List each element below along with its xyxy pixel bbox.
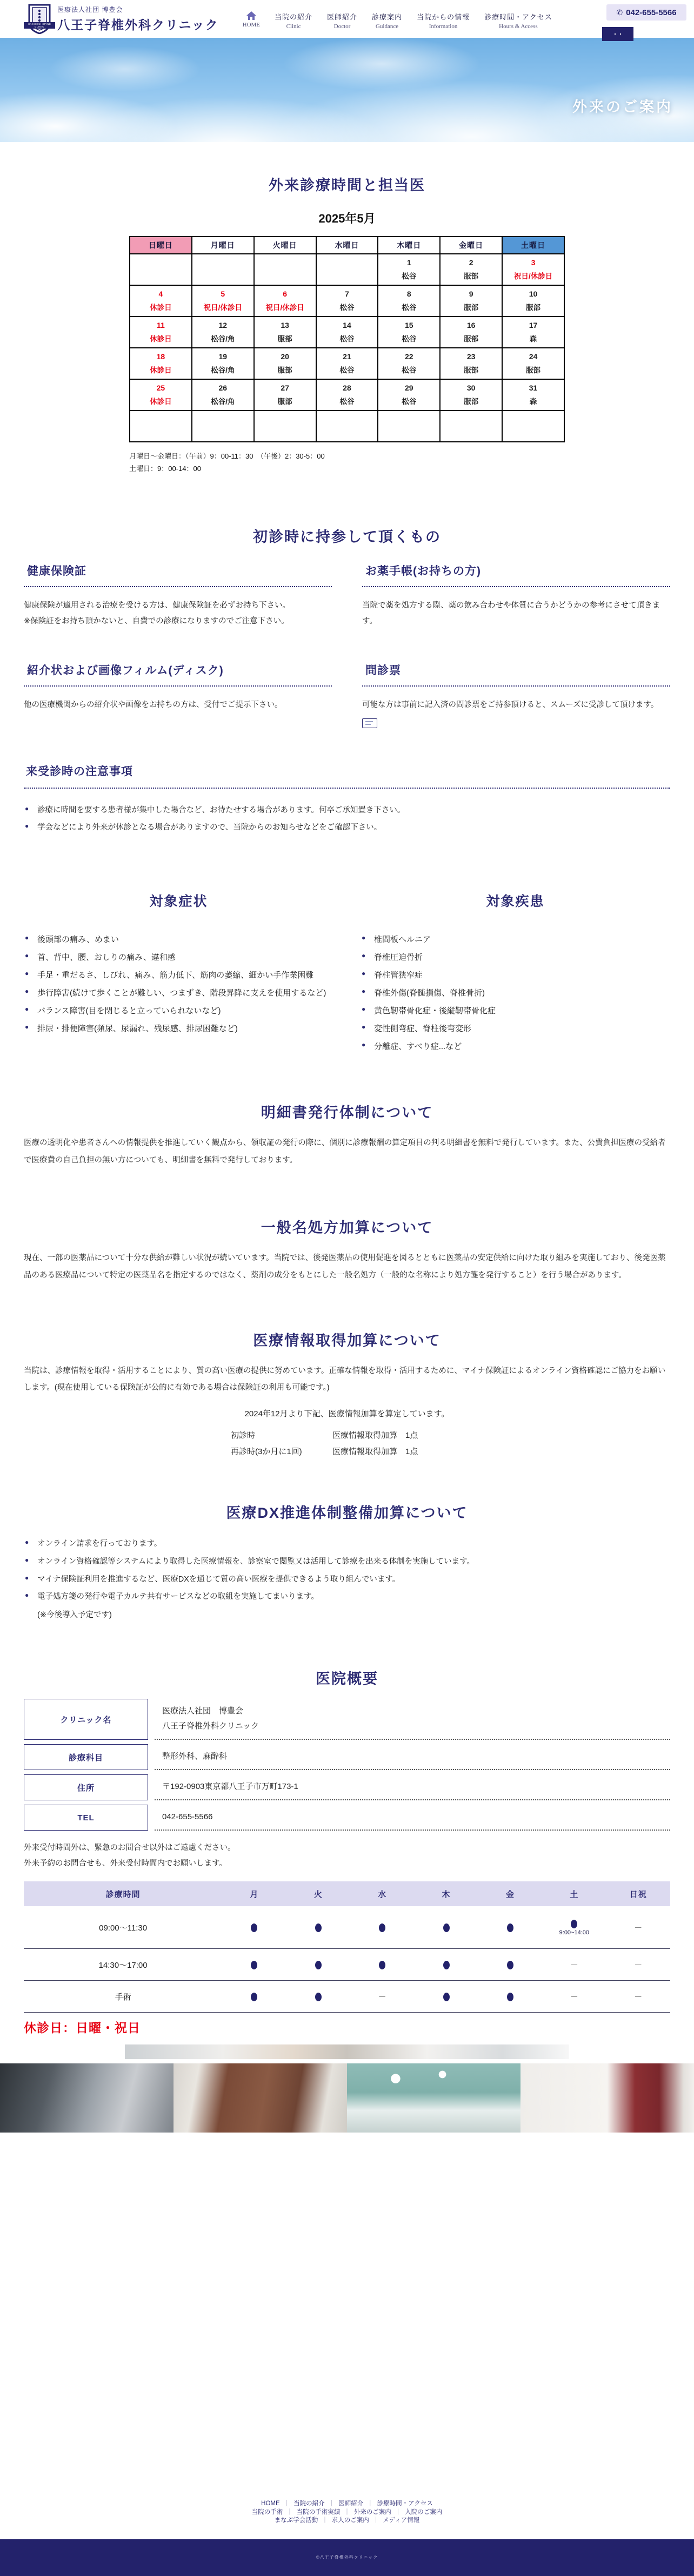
closed-dash: － [634, 1923, 642, 1933]
clinic-overview-heading: 医院概要 [24, 1667, 670, 1688]
medical-info-fee-body: 当院は、診療情報を取得・活用することにより、質の高い医療の提供に努めています。正… [24, 1363, 670, 1397]
hours-column-header: 診療時間 [24, 1881, 222, 1906]
logo-caption: HACHIOJI SPINE CLINIC [24, 22, 55, 29]
footer-link[interactable]: 診療時間・アクセス [377, 2500, 433, 2507]
footer-separator: ｜ [344, 2509, 350, 2516]
first-visit-card: 紹介状および画像フィルム(ディスク)他の医療機関からの紹介状や画像をお持ちの方は… [24, 662, 332, 728]
statement-issuing-heading: 明細書発行体制について [24, 1101, 670, 1122]
calendar-day-text: 松谷 [378, 273, 439, 280]
calendar-cell: 27服部 [254, 379, 316, 411]
dx-item: オンライン資格確認等システムにより取得した医療情報を、診察室で閲覧又は活用して診… [24, 1553, 670, 1571]
nav-item-guidance[interactable]: 診療案内Guidance [372, 11, 402, 30]
fee-value: 医療情報取得加算 1点 [332, 1428, 418, 1444]
calendar-day-number: 28 [317, 384, 378, 392]
calendar-cell [254, 254, 316, 285]
open-dot-icon [507, 1923, 513, 1932]
closed-dash: － [634, 1961, 642, 1970]
calendar-day-text: 服部 [255, 367, 316, 374]
nav-item-information[interactable]: 当院からの情報Information [417, 11, 470, 30]
symptoms-list: 後頭部の痛み、めまい首、背中、腰、おしりの痛み、違和感手足・重だるさ、しびれ、痛… [24, 931, 333, 1038]
calendar-note-line: 土曜日：9：00-14：00 [129, 462, 565, 475]
hours-column-header: 火 [286, 1881, 350, 1906]
hours-time-cell: 09:00～11:30 [24, 1906, 222, 1949]
gallery-strip-photo [125, 2044, 569, 2059]
calendar-cell: 30服部 [440, 379, 502, 411]
fee-label: 再診時(3か月に1回) [231, 1444, 332, 1460]
footer-link-row: HOME｜当院の紹介｜医師紹介｜診療時間・アクセス [0, 2500, 694, 2508]
footer-separator: ｜ [286, 2509, 293, 2516]
footer-link[interactable]: 当院の紹介 [293, 2500, 325, 2507]
phone-button[interactable]: ✆ 042-655-5566 [606, 4, 686, 21]
hours-cell: － [542, 1949, 606, 1981]
footer-link[interactable]: 求人のご案内 [332, 2517, 369, 2524]
nav-item-home[interactable]: HOME [243, 11, 260, 28]
calendar-day-text: 服部 [441, 304, 502, 312]
hours-cell [286, 1981, 350, 2013]
calendar-day-number: 26 [192, 384, 253, 392]
closed-dash: － [378, 1993, 386, 2002]
hours-column-header: 土 [542, 1881, 606, 1906]
overview-value-line: 医療法人社団 博豊会 [162, 1704, 670, 1719]
card-body: 他の医療機関からの紹介状や画像をお持ちの方は、受付でご提示下さい。 [24, 697, 332, 713]
calendar-cell: 22松谷 [378, 348, 440, 379]
calendar-day-text: 休診日 [130, 335, 191, 343]
card-text-line: 当院で薬を処方する際、薬の飲み合わせや体質に合うかどうかの参考にさせて頂きます。 [362, 598, 670, 629]
hours-column-header: 木 [414, 1881, 478, 1906]
calendar-day-text: 松谷 [317, 335, 378, 343]
calendar-cell: 12松谷/角 [192, 317, 254, 348]
hours-cell [350, 1949, 414, 1981]
calendar-day-text: 祝日/休診日 [503, 273, 564, 280]
calendar-cell: 11休診日 [130, 317, 192, 348]
overview-label: クリニック名 [24, 1699, 148, 1740]
overview-row: 住所〒192-0903東京都八王子市万町173-1 [24, 1774, 670, 1800]
symptom-item: 手足・重だるさ、しびれ、痛み、筋力低下、筋肉の萎縮、細かい手作業困難 [24, 966, 333, 984]
calendar-week-row: 4休診日5祝日/休診日6祝日/休診日7松谷8松谷9服部10服部 [130, 285, 564, 317]
open-dot-icon [571, 1920, 577, 1928]
calendar-header-row: 日曜日月曜日火曜日水曜日木曜日金曜日土曜日 [130, 237, 564, 254]
open-dot-icon [443, 1961, 450, 1969]
footer-link[interactable]: まなぶ学会活動 [275, 2517, 318, 2524]
hours-header: 診療時間月火水木金土日祝 [24, 1881, 670, 1906]
calendar-day-number: 21 [317, 353, 378, 360]
diseases-column: 対象疾患 椎間板ヘルニア脊椎圧迫骨折脊柱管狭窄症脊椎外傷(脊髄損傷、脊椎骨折)黄… [361, 891, 670, 1055]
patient-room-photo [173, 2063, 347, 2133]
first-visit-cards: 健康保険証健康保険が適用される治療を受ける方は、健康保険証を必ずお持ち下さい。※… [24, 562, 670, 728]
calendar-week-row: 25休診日26松谷/角27服部28松谷29松谷30服部31森 [130, 379, 564, 411]
calendar-cell [192, 411, 254, 442]
calendar-day-text: 服部 [441, 273, 502, 280]
footer-separator: ｜ [284, 2500, 290, 2507]
fee-row: 初診時医療情報取得加算 1点 [231, 1428, 463, 1444]
hours-cell [222, 1949, 286, 1981]
calendar-cell: 6祝日/休診日 [254, 285, 316, 317]
nav-label: 医師紹介 [327, 11, 357, 22]
calendar-week-row: 18休診日19松谷/角20服部21松谷22松谷23服部24服部 [130, 348, 564, 379]
calendar-day-text: 服部 [441, 398, 502, 406]
footer-separator: ｜ [322, 2517, 328, 2524]
open-dot-icon [443, 1993, 450, 2001]
calendar-header: 日曜日月曜日火曜日水曜日木曜日金曜日土曜日 [130, 237, 564, 254]
calendar-week-row [130, 411, 564, 442]
dx-item: 電子処方箋の発行や電子カルテ共有サービスなどの取組を実施してまいります。 [24, 1588, 670, 1606]
diseases-heading: 対象疾患 [361, 891, 670, 910]
footer-link[interactable]: 入院のご案内 [405, 2509, 442, 2516]
footer-links: HOME｜当院の紹介｜医師紹介｜診療時間・アクセス当院の手術｜当院の手術実績｜外… [0, 2500, 694, 2525]
notice-heading: 来受診時の注意事項 [24, 763, 670, 789]
calendar-cell: 13服部 [254, 317, 316, 348]
symptom-item: 後頭部の痛み、めまい [24, 931, 333, 949]
site-header: HACHIOJI SPINE CLINIC 医療法人社団 博豊会 八王子脊椎外科… [0, 0, 694, 38]
site-footer: HOME｜当院の紹介｜医師紹介｜診療時間・アクセス当院の手術｜当院の手術実績｜外… [0, 2500, 694, 2576]
footer-bottom-bar: ©八王子脊椎外科クリニック [0, 2539, 694, 2576]
footer-separator: ｜ [329, 2500, 335, 2507]
calendar-day-text: 松谷/角 [192, 367, 253, 374]
calendar-day-number: 15 [378, 321, 439, 329]
calendar-cell: 29松谷 [378, 379, 440, 411]
calendar-day-number: 8 [378, 290, 439, 298]
nav-label: 診療案内 [372, 11, 402, 22]
calendar-day-number: 11 [130, 321, 191, 329]
home-icon [243, 11, 260, 20]
notice-item: 診療に時間を要する患者様が集中した場合など、お待たせする場合があります。何卒ご承… [24, 802, 670, 819]
hours-cell: 9:00~14:00 [542, 1906, 606, 1949]
disease-item: 脊椎圧迫骨折 [361, 949, 670, 966]
corridor-photo [520, 2063, 694, 2133]
calendar-cell: 1松谷 [378, 254, 440, 285]
calendar-weekday: 月曜日 [192, 237, 254, 254]
footer-link[interactable]: 外来のご案内 [354, 2509, 391, 2516]
calendar-day-text: 祝日/休診日 [192, 304, 253, 312]
calendar-day-number: 1 [378, 259, 439, 266]
open-dot-icon [251, 1993, 257, 2001]
symptom-item: バランス障害(目を閉じると立っていられないなど) [24, 1002, 333, 1020]
calendar-cell: 26松谷/角 [192, 379, 254, 411]
calendar-body: 1松谷2服部3祝日/休診日4休診日5祝日/休診日6祝日/休診日7松谷8松谷9服部… [130, 254, 564, 442]
closed-dash: － [570, 1961, 578, 1970]
calendar-cell: 14松谷 [316, 317, 378, 348]
closed-dash: － [570, 1993, 578, 2002]
footer-link-row: 当院の手術｜当院の手術実績｜外来のご案内｜入院のご案内 [0, 2508, 694, 2517]
hours-cell [478, 1981, 542, 2013]
calendar-day-text: 松谷 [317, 367, 378, 374]
disease-item: 分離症、すべり症...など [361, 1038, 670, 1055]
phone-icon: ✆ [616, 8, 623, 17]
hours-cell [414, 1981, 478, 2013]
calendar-day-number: 25 [130, 384, 191, 392]
hours-column-header: 金 [478, 1881, 542, 1906]
calendar-day-number: 4 [130, 290, 191, 298]
calendar-weekday: 金曜日 [440, 237, 502, 254]
operating-room-photo [347, 2063, 520, 2133]
calendar-cell: 4休診日 [130, 285, 192, 317]
hours-cell: － [350, 1981, 414, 2013]
calendar-cell: 20服部 [254, 348, 316, 379]
symptoms-heading: 対象症状 [24, 891, 333, 910]
calendar-cell: 31森 [502, 379, 564, 411]
calendar-weekday: 水曜日 [316, 237, 378, 254]
footer-link[interactable]: 当院の手術実績 [297, 2509, 341, 2516]
overview-value-line: 整形外科、麻酔科 [162, 1749, 670, 1765]
calendar-cell: 8松谷 [378, 285, 440, 317]
fee-label: 初診時 [231, 1428, 332, 1444]
fee-table: 初診時医療情報取得加算 1点再診時(3か月に1回)医療情報取得加算 1点 [231, 1428, 463, 1460]
calendar-cell: 19松谷/角 [192, 348, 254, 379]
hours-body: 09:00～11:309:00~14:00－14:30～17:00－－手術－－－ [24, 1906, 670, 2013]
card-body: 可能な方は事前に記入済の問診票をご持参頂けると、スムーズに受診して頂けます。 [362, 697, 670, 728]
main-nav: HOME当院の紹介Clinic医師紹介Doctor診療案内Guidance当院か… [243, 8, 552, 30]
card-body: 健康保険が適用される治療を受ける方は、健康保険証を必ずお持ち下さい。※保険証をお… [24, 598, 332, 629]
overview-label: 診療科目 [24, 1744, 148, 1770]
first-visit-card: 問診票可能な方は事前に記入済の問診票をご持参頂けると、スムーズに受診して頂けます… [362, 662, 670, 728]
calendar-cell: 3祝日/休診日 [502, 254, 564, 285]
notice-section: 来受診時の注意事項 診療に時間を要する患者様が集中した場合など、お待たせする場合… [24, 763, 670, 837]
calendar-cell [130, 254, 192, 285]
card-text-line: 可能な方は事前に記入済の問診票をご持参頂けると、スムーズに受診して頂けます。 [362, 697, 670, 713]
medical-dx-section: 医療DX推進体制整備加算について オンライン請求を行っております。オンライン資格… [24, 1501, 670, 1623]
calendar-day-number: 20 [255, 353, 316, 360]
open-dot-icon [315, 1923, 322, 1932]
symptoms-column: 対象症状 後頭部の痛み、めまい首、背中、腰、おしりの痛み、違和感手足・重だるさ、… [24, 891, 333, 1055]
hours-cell: － [606, 1981, 670, 2013]
nav-sublabel: Clinic [275, 23, 312, 30]
card-text-line: 健康保険が適用される治療を受ける方は、健康保険証を必ずお持ち下さい。 [24, 598, 332, 614]
clinic-logo[interactable]: HACHIOJI SPINE CLINIC 医療法人社団 博豊会 八王子脊椎外科… [27, 4, 219, 34]
disease-item: 黄色靭帯骨化症・後縦靭帯骨化症 [361, 1002, 670, 1020]
hours-column-header: 日祝 [606, 1881, 670, 1906]
disease-item: 脊柱管狭窄症 [361, 966, 670, 984]
calendar-cell: 25休診日 [130, 379, 192, 411]
hours-column-header: 月 [222, 1881, 286, 1906]
calendar-day-number: 13 [255, 321, 316, 329]
calendar-cell [316, 254, 378, 285]
calendar-cell: 16服部 [440, 317, 502, 348]
nav-label: 当院の紹介 [275, 11, 312, 22]
first-visit-heading: 初診時に持参して頂くもの [24, 525, 670, 546]
calendar-weekday: 木曜日 [378, 237, 440, 254]
clinic-logo-icon: HACHIOJI SPINE CLINIC [27, 4, 52, 34]
nav-label: 当院からの情報 [417, 11, 470, 22]
questionnaire-document-icon[interactable] [362, 718, 377, 728]
card-title: 紹介状および画像フィルム(ディスク) [24, 662, 332, 687]
calendar-day-number: 30 [441, 384, 502, 392]
calendar-day-number: 10 [503, 290, 564, 298]
nav-item-doctor[interactable]: 医師紹介Doctor [327, 11, 357, 30]
open-dot-icon [443, 1923, 450, 1932]
hours-cell [222, 1981, 286, 2013]
footer-link[interactable]: 医師紹介 [338, 2500, 363, 2507]
calendar-day-number: 19 [192, 353, 253, 360]
card-title: お薬手帳(お持ちの方) [362, 562, 670, 587]
reception-notes: 外来受付時間外は、緊急のお問合せ以外はご遠慮ください。外来予約のお問合せも、外来… [24, 1840, 670, 1872]
hero-banner: 外来のご案内 [0, 38, 694, 142]
calendar-day-text: 松谷/角 [192, 398, 253, 406]
calendar-cell [254, 411, 316, 442]
calendar-day-text: 松谷 [378, 304, 439, 312]
hours-row: 09:00～11:309:00~14:00－ [24, 1906, 670, 1949]
calendar-day-text: 服部 [503, 304, 564, 312]
generic-prescription-body: 現在、一部の医薬品について十分な供給が難しい状況が続いています。当院では、後発医… [24, 1250, 670, 1284]
calendar-cell: 21松谷 [316, 348, 378, 379]
overview-row: TEL042-655-5566 [24, 1805, 670, 1831]
calendar-cell: 10服部 [502, 285, 564, 317]
page-title: 外来のご案内 [572, 95, 673, 116]
calendar-day-number: 29 [378, 384, 439, 392]
open-dot-icon [379, 1961, 385, 1969]
hours-time-cell: 14:30～17:00 [24, 1949, 222, 1981]
calendar-day-text: 森 [503, 335, 564, 343]
calendar-day-number: 7 [317, 290, 378, 298]
card-text-line: 他の医療機関からの紹介状や画像をお持ちの方は、受付でご提示下さい。 [24, 697, 332, 713]
calendar-day-number: 12 [192, 321, 253, 329]
calendar-day-text: 休診日 [130, 398, 191, 406]
reception-note-line: 外来受付時間外は、緊急のお問合せ以外はご遠慮ください。 [24, 1840, 670, 1856]
card-title: 健康保険証 [24, 562, 332, 587]
overview-row: クリニック名医療法人社団 博豊会八王子脊椎外科クリニック [24, 1699, 670, 1740]
disease-item: 椎間板ヘルニア [361, 931, 670, 949]
nav-label: HOME [243, 22, 260, 28]
medical-dx-heading: 医療DX推進体制整備加算について [24, 1501, 670, 1522]
closed-days: 休診日：日曜・祝日 [24, 2018, 670, 2036]
logo-text: 医療法人社団 博豊会 八王子脊椎外科クリニック [57, 5, 219, 33]
dx-item: マイナ保険証利用を推進するなど、医療DXを通じて質の高い医療を提供できるよう取り… [24, 1571, 670, 1589]
footer-link[interactable]: メディア情報 [383, 2517, 419, 2524]
calendar-cell: 18休診日 [130, 348, 192, 379]
footer-separator: ｜ [373, 2517, 379, 2524]
calendar-day-number: 9 [441, 290, 502, 298]
hours-cell [222, 1906, 286, 1949]
calendar-day-text: 松谷 [378, 335, 439, 343]
footer-link[interactable]: 当院の手術 [252, 2509, 283, 2516]
generic-prescription-heading: 一般名処方加算について [24, 1216, 670, 1237]
calendar-weekday: 日曜日 [130, 237, 192, 254]
calendar-day-text: 松谷 [317, 304, 378, 312]
hours-cell: － [606, 1906, 670, 1949]
hours-cell [286, 1949, 350, 1981]
calendar-cell [192, 254, 254, 285]
phone-sub-tab[interactable] [602, 27, 633, 41]
first-visit-card: お薬手帳(お持ちの方)当院で薬を処方する際、薬の飲み合わせや体質に合うかどうかの… [362, 562, 670, 629]
open-dot-icon [315, 1993, 322, 2001]
calendar-day-number: 23 [441, 353, 502, 360]
generic-prescription-section: 一般名処方加算について 現在、一部の医薬品について十分な供給が難しい状況が続いて… [24, 1216, 670, 1284]
calendar-cell: 23服部 [440, 348, 502, 379]
photo-gallery [0, 2063, 694, 2133]
reception-note-line: 外来予約のお問合せも、外来受付時間内でお願いします。 [24, 1856, 670, 1872]
medical-dx-footnote: (※今後導入予定です) [37, 1608, 670, 1623]
symptom-item: 歩行障害(続けて歩くことが難しい、つまずき、階段昇降に支えを使用するなど) [24, 984, 333, 1002]
footer-separator: ｜ [367, 2500, 373, 2507]
calendar-cell: 24服部 [502, 348, 564, 379]
main-content: 外来診療時間と担当医 2025年5月 日曜日月曜日火曜日水曜日木曜日金曜日土曜日… [0, 142, 694, 2133]
footer-link-row: まなぶ学会活動｜求人のご案内｜メディア情報 [0, 2517, 694, 2525]
overview-value-line: 八王子脊椎外科クリニック [162, 1719, 670, 1734]
calendar-week-row: 11休診日12松谷/角13服部14松谷15松谷16服部17森 [130, 317, 564, 348]
clinic-overview-section: 医院概要 クリニック名医療法人社団 博豊会八王子脊椎外科クリニック診療科目整形外… [24, 1667, 670, 2036]
schedule-section: 外来診療時間と担当医 2025年5月 日曜日月曜日火曜日水曜日木曜日金曜日土曜日… [24, 142, 670, 475]
open-dot-icon [507, 1961, 513, 1969]
hours-header-row: 診療時間月火水木金土日祝 [24, 1881, 670, 1906]
overview-value: 整形外科、麻酔科 [155, 1744, 670, 1770]
open-dot-icon [251, 1961, 257, 1969]
calendar-cell [440, 411, 502, 442]
disease-item: 変性側弯症、脊柱後弯変形 [361, 1020, 670, 1038]
calendar-day-number: 16 [441, 321, 502, 329]
card-body: 当院で薬を処方する際、薬の飲み合わせや体質に合うかどうかの参考にさせて頂きます。 [362, 598, 670, 629]
calendar-cell [502, 411, 564, 442]
symptom-item: 首、背中、腰、おしりの痛み、違和感 [24, 949, 333, 966]
reception-area-photo [0, 2063, 173, 2133]
phone-number: 042-655-5566 [626, 8, 676, 17]
calendar-day-text: 松谷 [378, 367, 439, 374]
calendar-weekday: 土曜日 [502, 237, 564, 254]
first-visit-card: 健康保険証健康保険が適用される治療を受ける方は、健康保険証を必ずお持ち下さい。※… [24, 562, 332, 629]
hours-cell [414, 1906, 478, 1949]
calendar-day-text: 休診日 [130, 367, 191, 374]
footer-separator: ｜ [395, 2509, 402, 2516]
calendar-day-number: 18 [130, 353, 191, 360]
footer-link[interactable]: HOME [261, 2500, 280, 2507]
medical-info-fee-section: 医療情報取得加算について 当院は、診療情報を取得・活用することにより、質の高い医… [24, 1329, 670, 1461]
calendar-day-number: 31 [503, 384, 564, 392]
medical-dx-list: オンライン請求を行っております。オンライン資格確認等システムにより取得した医療情… [24, 1535, 670, 1606]
first-visit-section: 初診時に持参して頂くもの 健康保険証健康保険が適用される治療を受ける方は、健康保… [24, 525, 670, 728]
calendar-day-text: 服部 [255, 335, 316, 343]
hours-cell [414, 1949, 478, 1981]
calendar-cell: 7松谷 [316, 285, 378, 317]
calendar-day-number: 5 [192, 290, 253, 298]
targets-section: 対象症状 後頭部の痛み、めまい首、背中、腰、おしりの痛み、違和感手足・重だるさ、… [24, 891, 670, 1055]
clinic-name: 八王子脊椎外科クリニック [57, 15, 219, 33]
card-text-line: ※保険証をお持ち頂かないと、自費での診療になりますのでご注意下さい。 [24, 614, 332, 629]
calendar-day-text: 服部 [441, 367, 502, 374]
fee-row: 再診時(3か月に1回)医療情報取得加算 1点 [231, 1444, 463, 1460]
calendar-day-text: 祝日/休診日 [255, 304, 316, 312]
open-dot-icon [251, 1923, 257, 1932]
calendar-cell: 17森 [502, 317, 564, 348]
open-dot-icon [507, 1993, 513, 2001]
medical-info-fee-heading: 医療情報取得加算について [24, 1329, 670, 1350]
medical-info-fee-note: 2024年12月より下記、医療情報加算を算定しています。 [24, 1408, 670, 1419]
doctor-calendar: 日曜日月曜日火曜日水曜日木曜日金曜日土曜日1松谷2服部3祝日/休診日4休診日5祝… [129, 236, 565, 442]
calendar-cell: 2服部 [440, 254, 502, 285]
calendar-day-text: 休診日 [130, 304, 191, 312]
calendar-week-row: 1松谷2服部3祝日/休診日 [130, 254, 564, 285]
overview-value: 042-655-5566 [155, 1805, 670, 1831]
clinic-overview-table: クリニック名医療法人社団 博豊会八王子脊椎外科クリニック診療科目整形外科、麻酔科… [24, 1699, 670, 1831]
hours-cell: － [606, 1949, 670, 1981]
overview-value: 〒192-0903東京都八王子市万町173-1 [155, 1774, 670, 1800]
calendar-note-line: 月曜日～金曜日：（午前）9：00-11：30 （午後）2：30-5：00 [129, 450, 565, 462]
calendar-day-number: 22 [378, 353, 439, 360]
hours-row: 14:30～17:00－－ [24, 1949, 670, 1981]
nav-item-clinic[interactable]: 当院の紹介Clinic [275, 11, 312, 30]
disease-item: 脊椎外傷(脊髄損傷、脊椎骨折) [361, 984, 670, 1002]
phone-area: ✆ 042-655-5566 [606, 4, 686, 21]
calendar-day-number: 24 [503, 353, 564, 360]
calendar-cell [316, 411, 378, 442]
hours-column-header: 水 [350, 1881, 414, 1906]
overview-value-line: 〒192-0903東京都八王子市万町173-1 [162, 1779, 670, 1795]
nav-item-hours-access[interactable]: 診療時間・アクセスHours & Access [484, 11, 552, 30]
notice-item: 学会などにより外来が休診となる場合がありますので、当院からのお知らせなどをご確認… [24, 819, 670, 837]
card-title: 問診票 [362, 662, 670, 687]
calendar-day-number: 27 [255, 384, 316, 392]
calendar-cell [378, 411, 440, 442]
calendar-day-text: 服部 [255, 398, 316, 406]
overview-label: TEL [24, 1805, 148, 1831]
calendar-day-text: 森 [503, 398, 564, 406]
